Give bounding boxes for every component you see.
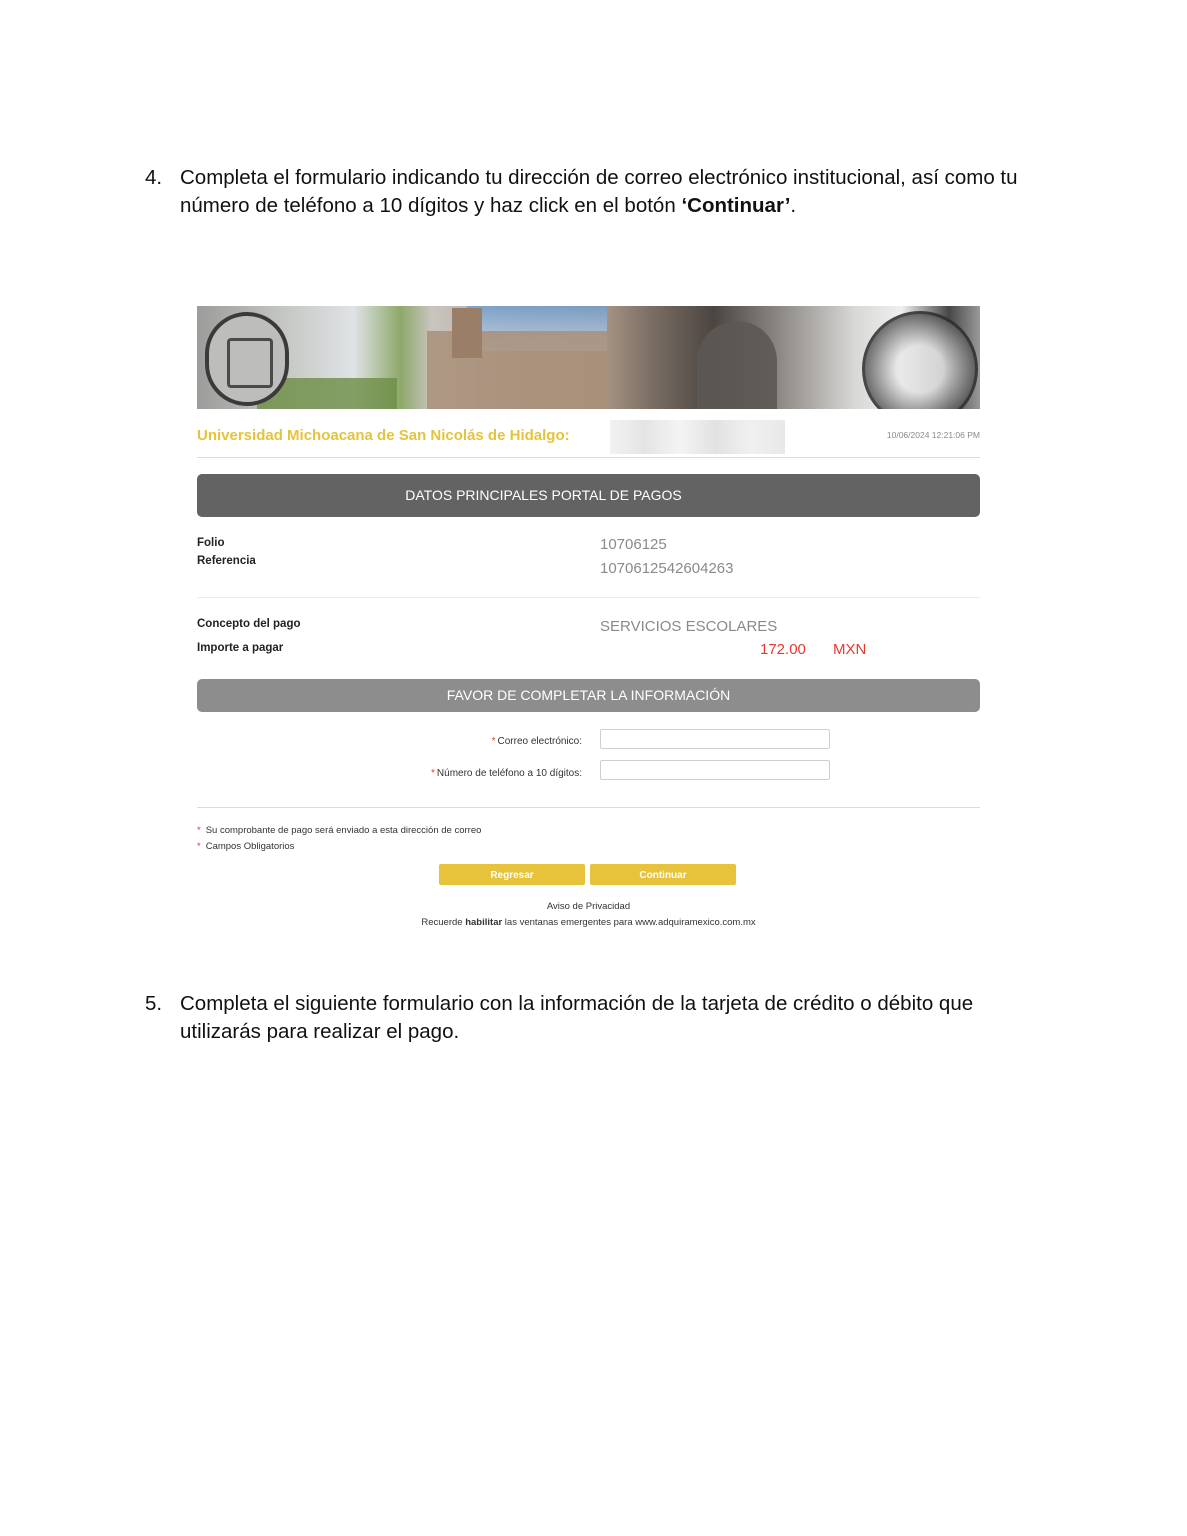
popup-reminder: Recuerde habilitar las ventanas emergent…: [197, 917, 980, 928]
note-receipt: *Su comprobante de pago será enviado a e…: [197, 825, 481, 836]
folio-label: Folio: [197, 537, 224, 549]
datetime: 10/06/2024 12:21:06 PM: [887, 430, 980, 440]
importe-value: 172.00: [760, 641, 806, 658]
concepto-label: Concepto del pago: [197, 618, 301, 630]
step-text: Completa el formulario indicando tu dire…: [180, 164, 1080, 220]
back-button[interactable]: Regresar: [439, 864, 585, 885]
divider: [197, 807, 980, 808]
divider: [197, 457, 980, 458]
referencia-value: 1070612542604263: [600, 560, 733, 577]
continue-button[interactable]: Continuar: [590, 864, 736, 885]
section-header-complete-info: FAVOR DE COMPLETAR LA INFORMACIÓN: [197, 679, 980, 712]
email-label: *Correo electrónico:: [492, 736, 582, 747]
note-required-fields: *Campos Obligatorios: [197, 841, 294, 852]
importe-label: Importe a pagar: [197, 642, 283, 654]
folio-value: 10706125: [600, 536, 667, 553]
step-number: 4.: [145, 164, 162, 192]
step-number: 5.: [145, 990, 162, 1018]
phone-label: *Número de teléfono a 10 dígitos:: [431, 768, 582, 779]
continue-emphasis: ‘Continuar’: [681, 194, 790, 217]
step-text: Completa el siguiente formulario con la …: [180, 990, 1080, 1046]
privacy-notice-link[interactable]: Aviso de Privacidad: [197, 901, 980, 912]
referencia-label: Referencia: [197, 555, 256, 567]
payment-portal-screenshot: Universidad Michoacana de San Nicolás de…: [197, 306, 980, 936]
university-seal-icon: [205, 312, 289, 406]
currency: MXN: [833, 641, 866, 658]
divider: [197, 597, 980, 598]
section-header-main-data: DATOS PRINCIPALES PORTAL DE PAGOS: [197, 474, 980, 517]
phone-input[interactable]: [600, 760, 830, 780]
concepto-value: SERVICIOS ESCOLARES: [600, 618, 777, 635]
redacted-name: [610, 420, 785, 454]
university-title: Universidad Michoacana de San Nicolás de…: [197, 427, 570, 444]
header-banner-image: [197, 306, 980, 409]
email-input[interactable]: [600, 729, 830, 749]
